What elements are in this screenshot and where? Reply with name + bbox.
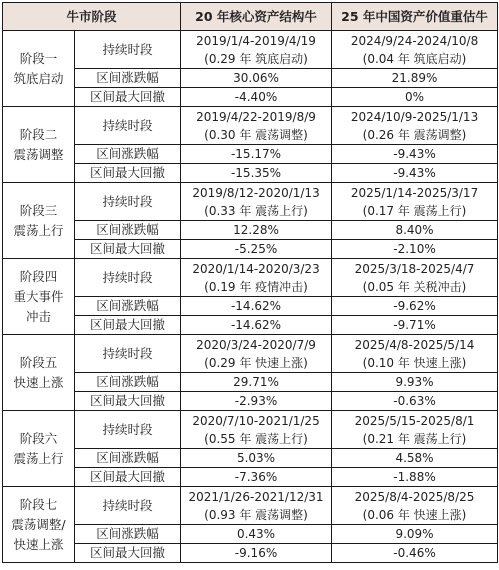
metric-label-drawdown: 区间最大回撤 xyxy=(75,316,181,335)
metric-label-duration: 持续时段 xyxy=(75,31,181,69)
table-row-drawdown: 区间最大回撤-4.40%0% xyxy=(3,88,498,107)
cell-b-drawdown: -1.88% xyxy=(332,468,498,487)
table-row-return: 区间涨跌幅-15.17%-9.43% xyxy=(3,145,498,164)
metric-label-drawdown: 区间最大回撤 xyxy=(75,392,181,411)
cell-a-drawdown: -14.62% xyxy=(181,316,332,335)
metric-label-drawdown: 区间最大回撤 xyxy=(75,164,181,183)
metric-label-duration: 持续时段 xyxy=(75,487,181,525)
stage-number: 阶段五 xyxy=(3,353,74,373)
table-row-return: 区间涨跌幅30.06%21.89% xyxy=(3,69,498,88)
stage-type: 震荡调整/ xyxy=(3,515,74,535)
stage-number: 阶段三 xyxy=(3,201,74,221)
stage-number: 阶段六 xyxy=(3,429,74,449)
period-note: (0.17 年 震荡上行) xyxy=(332,202,497,220)
metric-label-duration: 持续时段 xyxy=(75,107,181,145)
period-range: 2025/4/8-2025/5/14 xyxy=(332,336,497,354)
cell-a-drawdown: -9.16% xyxy=(181,544,332,563)
cell-b-drawdown: -2.10% xyxy=(332,240,498,259)
cell-a-drawdown: -15.35% xyxy=(181,164,332,183)
stage-name-cell: 阶段一筑底启动 xyxy=(3,31,75,107)
stage-name-cell: 阶段七震荡调整/快速上涨 xyxy=(3,487,75,563)
cell-b-return: 8.40% xyxy=(332,221,498,240)
table-row-drawdown: 区间最大回撤-2.93%-0.63% xyxy=(3,392,498,411)
stage-type: 震荡上行 xyxy=(3,221,74,241)
period-range: 2019/4/22-2019/8/9 xyxy=(181,108,331,126)
header-col-a: 20 年核心资产结构牛 xyxy=(181,3,332,31)
stage-type-cont: 冲击 xyxy=(3,307,74,327)
cell-b-return: 9.09% xyxy=(332,525,498,544)
cell-b-return: -9.43% xyxy=(332,145,498,164)
stage-number: 阶段四 xyxy=(3,267,74,287)
cell-b-period: 2024/10/9-2025/1/13(0.26 年 震荡调整) xyxy=(332,107,498,145)
stage-number: 阶段一 xyxy=(3,49,74,69)
cell-a-return: 30.06% xyxy=(181,69,332,88)
cell-a-drawdown: -5.25% xyxy=(181,240,332,259)
metric-label-return: 区间涨跌幅 xyxy=(75,449,181,468)
cell-b-period: 2025/5/15-2025/8/1(0.21 年 震荡上行) xyxy=(332,411,498,449)
stage-name-cell: 阶段六震荡上行 xyxy=(3,411,75,487)
cell-a-return: 12.28% xyxy=(181,221,332,240)
period-note: (0.93 年 震荡调整) xyxy=(181,506,331,524)
period-range: 2019/8/12-2020/1/13 xyxy=(181,184,331,202)
cell-a-period: 2019/1/4-2019/4/19(0.29 年 筑底启动) xyxy=(181,31,332,69)
table-row-duration: 阶段二震荡调整持续时段2019/4/22-2019/8/9(0.30 年 震荡调… xyxy=(3,107,498,145)
period-note: (0.04 年 筑底启动) xyxy=(332,50,497,68)
cell-a-return: -15.17% xyxy=(181,145,332,164)
stage-name-cell: 阶段二震荡调整 xyxy=(3,107,75,183)
cell-a-return: 0.43% xyxy=(181,525,332,544)
period-range: 2025/8/4-2025/8/25 xyxy=(332,488,497,506)
table-row-duration: 阶段三震荡上行持续时段2019/8/12-2020/1/13(0.33 年 震荡… xyxy=(3,183,498,221)
metric-label-duration: 持续时段 xyxy=(75,335,181,373)
cell-b-period: 2025/3/18-2025/4/7(0.05 年 关税冲击) xyxy=(332,259,498,297)
cell-b-drawdown: -0.46% xyxy=(332,544,498,563)
header-row: 牛市阶段 20 年核心资产结构牛 25 年中国资产价值重估牛 xyxy=(3,3,498,31)
cell-a-return: -14.62% xyxy=(181,297,332,316)
metric-label-drawdown: 区间最大回撤 xyxy=(75,88,181,107)
stage-type: 筑底启动 xyxy=(3,69,74,89)
stage-name-cell: 阶段四重大事件冲击 xyxy=(3,259,75,335)
cell-b-return: 9.93% xyxy=(332,373,498,392)
period-note: (0.06 年 快速上涨) xyxy=(332,506,497,524)
metric-label-duration: 持续时段 xyxy=(75,183,181,221)
table-row-return: 区间涨跌幅12.28%8.40% xyxy=(3,221,498,240)
bull-market-comparison-table: 牛市阶段 20 年核心资产结构牛 25 年中国资产价值重估牛 阶段一筑底启动持续… xyxy=(2,2,498,563)
metric-label-duration: 持续时段 xyxy=(75,411,181,449)
stage-type: 快速上涨 xyxy=(3,373,74,393)
cell-a-period: 2019/8/12-2020/1/13(0.33 年 震荡上行) xyxy=(181,183,332,221)
stage-type: 震荡调整 xyxy=(3,145,74,165)
metric-label-return: 区间涨跌幅 xyxy=(75,145,181,164)
cell-b-period: 2025/8/4-2025/8/25(0.06 年 快速上涨) xyxy=(332,487,498,525)
period-range: 2025/5/15-2025/8/1 xyxy=(332,412,497,430)
metric-label-drawdown: 区间最大回撤 xyxy=(75,240,181,259)
metric-label-return: 区间涨跌幅 xyxy=(75,297,181,316)
period-note: (0.29 年 筑底启动) xyxy=(181,50,331,68)
table-row-duration: 阶段七震荡调整/快速上涨持续时段2021/1/26-2021/12/31(0.9… xyxy=(3,487,498,525)
period-range: 2019/1/4-2019/4/19 xyxy=(181,32,331,50)
metric-label-return: 区间涨跌幅 xyxy=(75,525,181,544)
header-col-b: 25 年中国资产价值重估牛 xyxy=(332,3,498,31)
cell-a-drawdown: -2.93% xyxy=(181,392,332,411)
cell-b-drawdown: 0% xyxy=(332,88,498,107)
cell-b-period: 2025/4/8-2025/5/14(0.10 年 快速上涨) xyxy=(332,335,498,373)
period-note: (0.55 年 震荡上行) xyxy=(181,430,331,448)
period-note: (0.33 年 震荡上行) xyxy=(181,202,331,220)
cell-b-drawdown: -0.63% xyxy=(332,392,498,411)
period-range: 2025/3/18-2025/4/7 xyxy=(332,260,497,278)
table-row-duration: 阶段一筑底启动持续时段2019/1/4-2019/4/19(0.29 年 筑底启… xyxy=(3,31,498,69)
period-note: (0.30 年 震荡调整) xyxy=(181,126,331,144)
metric-label-duration: 持续时段 xyxy=(75,259,181,297)
table-row-drawdown: 区间最大回撤-15.35%-9.43% xyxy=(3,164,498,183)
table-row-duration: 阶段六震荡上行持续时段2020/7/10-2021/1/25(0.55 年 震荡… xyxy=(3,411,498,449)
cell-a-drawdown: -4.40% xyxy=(181,88,332,107)
stage-type: 重大事件 xyxy=(3,287,74,307)
cell-a-period: 2020/3/24-2020/7/9(0.29 年 快速上涨) xyxy=(181,335,332,373)
table-row-return: 区间涨跌幅5.03%4.58% xyxy=(3,449,498,468)
period-range: 2020/1/14-2020/3/23 xyxy=(181,260,331,278)
period-range: 2020/7/10-2021/1/25 xyxy=(181,412,331,430)
stage-type: 震荡上行 xyxy=(3,449,74,469)
metric-label-return: 区间涨跌幅 xyxy=(75,221,181,240)
period-range: 2020/3/24-2020/7/9 xyxy=(181,336,331,354)
table-row-duration: 阶段四重大事件冲击持续时段2020/1/14-2020/3/23(0.19 年 … xyxy=(3,259,498,297)
cell-a-period: 2019/4/22-2019/8/9(0.30 年 震荡调整) xyxy=(181,107,332,145)
period-note: (0.26 年 震荡调整) xyxy=(332,126,497,144)
stage-number: 阶段二 xyxy=(3,125,74,145)
table-body: 阶段一筑底启动持续时段2019/1/4-2019/4/19(0.29 年 筑底启… xyxy=(3,31,498,563)
period-range: 2025/1/14-2025/3/17 xyxy=(332,184,497,202)
cell-b-period: 2025/1/14-2025/3/17(0.17 年 震荡上行) xyxy=(332,183,498,221)
table-row-return: 区间涨跌幅0.43%9.09% xyxy=(3,525,498,544)
metric-label-return: 区间涨跌幅 xyxy=(75,69,181,88)
cell-b-period: 2024/9/24-2024/10/8(0.04 年 筑底启动) xyxy=(332,31,498,69)
period-note: (0.29 年 快速上涨) xyxy=(181,354,331,372)
period-note: (0.10 年 快速上涨) xyxy=(332,354,497,372)
cell-b-drawdown: -9.43% xyxy=(332,164,498,183)
table-row-duration: 阶段五快速上涨持续时段2020/3/24-2020/7/9(0.29 年 快速上… xyxy=(3,335,498,373)
period-range: 2024/10/9-2025/1/13 xyxy=(332,108,497,126)
table-row-drawdown: 区间最大回撤-5.25%-2.10% xyxy=(3,240,498,259)
table-row-return: 区间涨跌幅-14.62%-9.62% xyxy=(3,297,498,316)
cell-b-return: -9.62% xyxy=(332,297,498,316)
cell-a-period: 2020/7/10-2021/1/25(0.55 年 震荡上行) xyxy=(181,411,332,449)
stage-type-cont: 快速上涨 xyxy=(3,535,74,555)
table-row-drawdown: 区间最大回撤-9.16%-0.46% xyxy=(3,544,498,563)
cell-a-period: 2021/1/26-2021/12/31(0.93 年 震荡调整) xyxy=(181,487,332,525)
stage-name-cell: 阶段五快速上涨 xyxy=(3,335,75,411)
period-range: 2024/9/24-2024/10/8 xyxy=(332,32,497,50)
table-row-return: 区间涨跌幅29.71%9.93% xyxy=(3,373,498,392)
metric-label-drawdown: 区间最大回撤 xyxy=(75,468,181,487)
header-stage: 牛市阶段 xyxy=(3,3,181,31)
period-note: (0.19 年 疫情冲击) xyxy=(181,278,331,296)
cell-b-return: 21.89% xyxy=(332,69,498,88)
period-note: (0.05 年 关税冲击) xyxy=(332,278,497,296)
period-range: 2021/1/26-2021/12/31 xyxy=(181,488,331,506)
cell-b-return: 4.58% xyxy=(332,449,498,468)
cell-a-drawdown: -7.36% xyxy=(181,468,332,487)
table-row-drawdown: 区间最大回撤-14.62%-9.71% xyxy=(3,316,498,335)
cell-a-period: 2020/1/14-2020/3/23(0.19 年 疫情冲击) xyxy=(181,259,332,297)
stage-name-cell: 阶段三震荡上行 xyxy=(3,183,75,259)
stage-number: 阶段七 xyxy=(3,495,74,515)
metric-label-drawdown: 区间最大回撤 xyxy=(75,544,181,563)
cell-a-return: 5.03% xyxy=(181,449,332,468)
cell-a-return: 29.71% xyxy=(181,373,332,392)
table-row-drawdown: 区间最大回撤-7.36%-1.88% xyxy=(3,468,498,487)
metric-label-return: 区间涨跌幅 xyxy=(75,373,181,392)
period-note: (0.21 年 震荡上行) xyxy=(332,430,497,448)
cell-b-drawdown: -9.71% xyxy=(332,316,498,335)
